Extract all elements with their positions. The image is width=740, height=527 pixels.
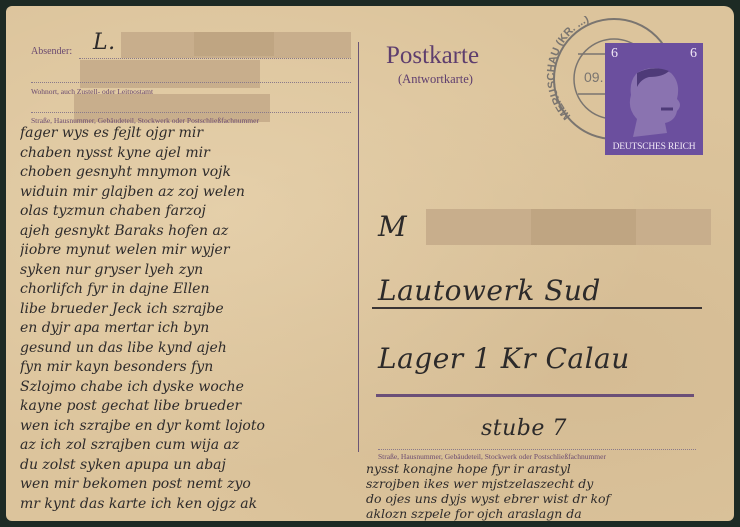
recipient-line-4: stube 7 — [481, 416, 567, 441]
redaction-block — [194, 32, 274, 56]
recipient-strasse-line — [378, 449, 696, 450]
message-line: gesund un das libe kynd ajeh — [20, 339, 375, 359]
message-line: wen mir bekomen post nemt zyo — [20, 475, 375, 495]
message-line: libe brueder Jeck ich szrajbe — [20, 300, 375, 320]
message-line: syken nur gryser lyeh zyn — [20, 261, 375, 281]
postage-stamp: 6 6 DEUTSCHES REICH — [605, 43, 703, 155]
message-line: en dyjr apa mertar ich byn — [20, 319, 375, 339]
message-line: kayne post gechat libe brueder — [20, 397, 375, 417]
message-line: du zolst syken apupa un abaj — [20, 456, 375, 476]
message-continuation: nysst konajne hope fyr ir arastyl szrojb… — [366, 461, 736, 521]
recipient-strasse-label: Straße, Hausnummer, Gebäudeteil, Stockwe… — [378, 452, 606, 461]
card-subtitle: (Antwortkarte) — [398, 72, 473, 87]
redaction-block — [531, 209, 636, 245]
wohnort-line — [31, 82, 351, 83]
stamp-value-left: 6 — [611, 46, 618, 62]
message-line: az ich zol szrajben cum wija az — [20, 436, 375, 456]
message-line: Szlojmo chabe ich dyske woche — [20, 378, 375, 398]
absender-line — [79, 58, 351, 59]
absender-initial: L. — [93, 30, 116, 55]
stamp-country: DEUTSCHES REICH — [605, 142, 703, 152]
message-line: aklozn szpele for ojch araslagn da — [366, 506, 736, 521]
message-line: olas tyzmun chaben farzoj — [20, 202, 375, 222]
redaction-block — [80, 60, 260, 88]
message-body: fager wys es fejlt ojgr mir chaben nysst… — [20, 124, 375, 514]
message-line: nysst konajne hope fyr ir arastyl — [366, 461, 736, 476]
stamp-value-right: 6 — [690, 46, 697, 62]
portrait-stamp-icon — [623, 65, 687, 137]
strasse-line — [31, 112, 351, 113]
message-line: widuin mir glajben az zoj welen — [20, 183, 375, 203]
underline — [376, 394, 694, 397]
message-line: wen ich szrajbe en dyr komt lojoto — [20, 417, 375, 437]
recipient-line-2: Lautowerk Sud — [378, 274, 601, 307]
message-line: fyn mir kayn besonders fyn — [20, 358, 375, 378]
postcard: Absender: L. Wohnort, auch Zustell- oder… — [6, 6, 734, 521]
message-line: ajeh gesnykt Baraks hofen az — [20, 222, 375, 242]
message-line: mr kynt das karte ich ken ojgz ak — [20, 495, 375, 515]
message-line: chaben nysst kyne ajel mir — [20, 144, 375, 164]
absender-label: Absender: — [31, 46, 72, 57]
underline — [372, 307, 702, 309]
message-line: fager wys es fejlt ojgr mir — [20, 124, 375, 144]
recipient-line-3: Lager 1 Kr Calau — [378, 342, 630, 375]
message-line: do ojes uns dyjs wyst ebrer wist dr kof — [366, 491, 736, 506]
message-line: szrojben ikes wer mjstzelaszecht dy — [366, 476, 736, 491]
card-title: Postkarte — [386, 42, 479, 70]
recipient-line-1: M — [378, 210, 407, 243]
message-line: choben gesnyht mnymon vojk — [20, 163, 375, 183]
message-line: jiobre mynut welen mir wyjer — [20, 241, 375, 261]
message-line: chorlifch fyr in dajne Ellen — [20, 280, 375, 300]
